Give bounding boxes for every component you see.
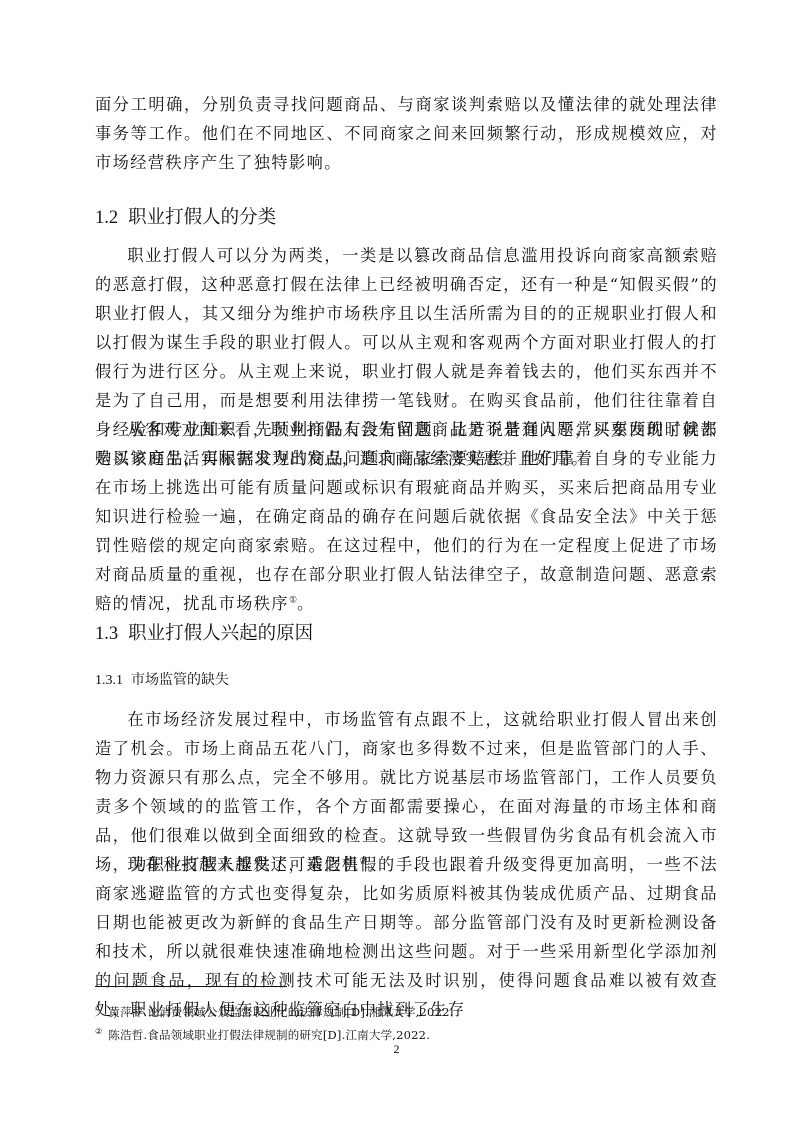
subsection-title: 市场监管的缺失 — [131, 672, 229, 688]
section-title: 职业打假人的分类 — [128, 207, 276, 228]
footnote-text: 黄萍萍.论消费领域公众监督职业化的法律规制[D].湘潭大学,2022. — [108, 1005, 453, 1019]
paragraph-text-end: 。 — [297, 594, 315, 613]
page-number: 2 — [0, 1042, 793, 1057]
section-heading-1-2: 1.2职业打假人的分类 — [95, 206, 276, 230]
paragraph-text: 面分工明确，分别负责寻找问题商品、与商家谈判索赔以及懂法律的就处理法律事务等工作… — [95, 95, 718, 172]
section-title: 职业打假人兴起的原因 — [128, 623, 313, 644]
footnote-ref-1[interactable]: ① — [289, 596, 297, 606]
section-number: 1.3 — [95, 624, 118, 644]
subsection-heading-1-3-1: 1.3.1市场监管的缺失 — [95, 670, 229, 691]
paragraph-continued: 面分工明确，分别负责寻找问题商品、与商家谈判索赔以及懂法律的就处理法律事务等工作… — [95, 90, 718, 177]
footnote-2: ②陈浩哲.食品领域职业打假法律规制的研究[D].江南大学,2022. — [95, 1024, 715, 1043]
footnote-mark: ① — [95, 1004, 102, 1013]
paragraph-text: 现在科技越来越发达，造假售假的手段也跟着升级变得更加高明，一些不法商家逃避监管的… — [95, 855, 718, 1019]
footnote-1: ①黄萍萍.论消费领域公众监督职业化的法律规制[D].湘潭大学,2022. — [95, 1001, 715, 1020]
paragraph-text: 从客观方面来看，职业打假人会先留意商品是不是有问题，只要发现了就去购买该商品，再… — [95, 420, 718, 613]
footnote-mark: ② — [95, 1027, 102, 1036]
paragraph-objective: 从客观方面来看，职业打假人会先留意商品是不是有问题，只要发现了就去购买该商品，再… — [95, 415, 718, 618]
document-page: 面分工明确，分别负责寻找问题商品、与商家谈判索赔以及懂法律的就处理法律事务等工作… — [0, 0, 793, 1122]
section-heading-1-3: 1.3职业打假人兴起的原因 — [95, 622, 313, 646]
paragraph-technology: 现在科技越来越发达，造假售假的手段也跟着升级变得更加高明，一些不法商家逃避监管的… — [95, 850, 718, 1024]
section-number: 1.2 — [95, 208, 118, 228]
footnote-text: 陈浩哲.食品领域职业打假法律规制的研究[D].江南大学,2022. — [108, 1028, 430, 1042]
footnote-separator — [95, 986, 287, 987]
subsection-number: 1.3.1 — [95, 673, 123, 688]
